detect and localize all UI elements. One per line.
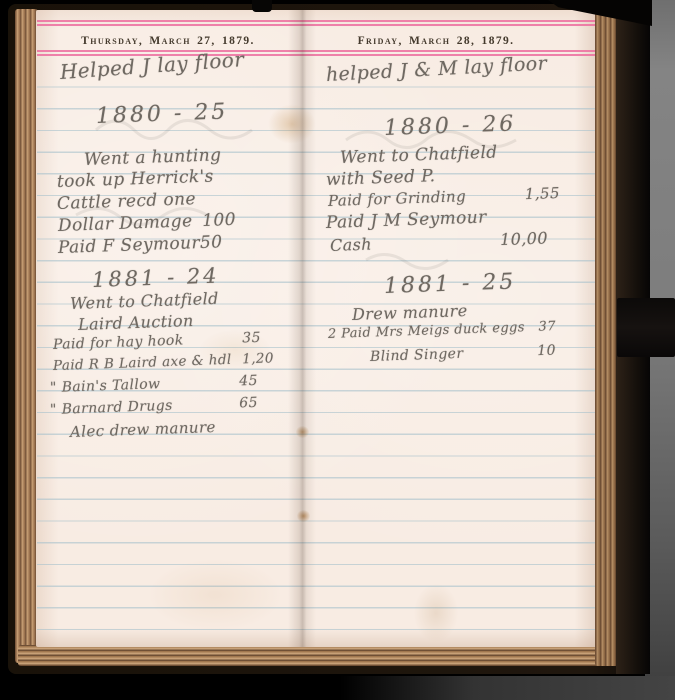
- page-edges-left: [15, 9, 38, 663]
- diary-entry: 1881 - 25: [384, 269, 517, 299]
- gutter-shadow: [288, 10, 316, 647]
- amount: 10,00: [500, 228, 548, 249]
- diary-entry: Drew manure: [352, 301, 468, 324]
- spine-notch: [252, 0, 272, 12]
- paper-stain: [414, 584, 458, 642]
- printed-rule: [37, 50, 597, 52]
- paper-stain: [150, 560, 280, 630]
- diary-entry: Laird Auction: [78, 311, 194, 334]
- amount: 50: [200, 232, 223, 253]
- diary-entry: 1880 - 25: [96, 99, 229, 129]
- diary-entry: 1881 - 24: [92, 264, 220, 292]
- amount: 37: [538, 319, 556, 335]
- printed-rule: [37, 20, 597, 22]
- bookmark-strap: [617, 298, 675, 357]
- diary-entry: 1880 - 26: [384, 111, 517, 141]
- page-edges-right: [595, 8, 618, 666]
- amount: 65: [239, 395, 258, 412]
- diary-entry: with Seed P.: [326, 166, 436, 190]
- amount: 35: [242, 330, 261, 347]
- date-header-right: Friday, March 28, 1879.: [302, 35, 570, 49]
- page-edges-bottom: [18, 645, 618, 666]
- amount: 1,55: [525, 184, 561, 203]
- scanner-background-bottom: [340, 676, 675, 700]
- amount: 10: [537, 343, 556, 360]
- printed-rule: [37, 24, 597, 26]
- amount: 45: [239, 373, 258, 390]
- date-header-left: Thursday, March 27, 1879.: [40, 35, 296, 49]
- amount: 100: [202, 210, 236, 231]
- diary-scan: Thursday, March 27, 1879. Friday, March …: [0, 0, 675, 700]
- amount: 1,20: [242, 350, 274, 367]
